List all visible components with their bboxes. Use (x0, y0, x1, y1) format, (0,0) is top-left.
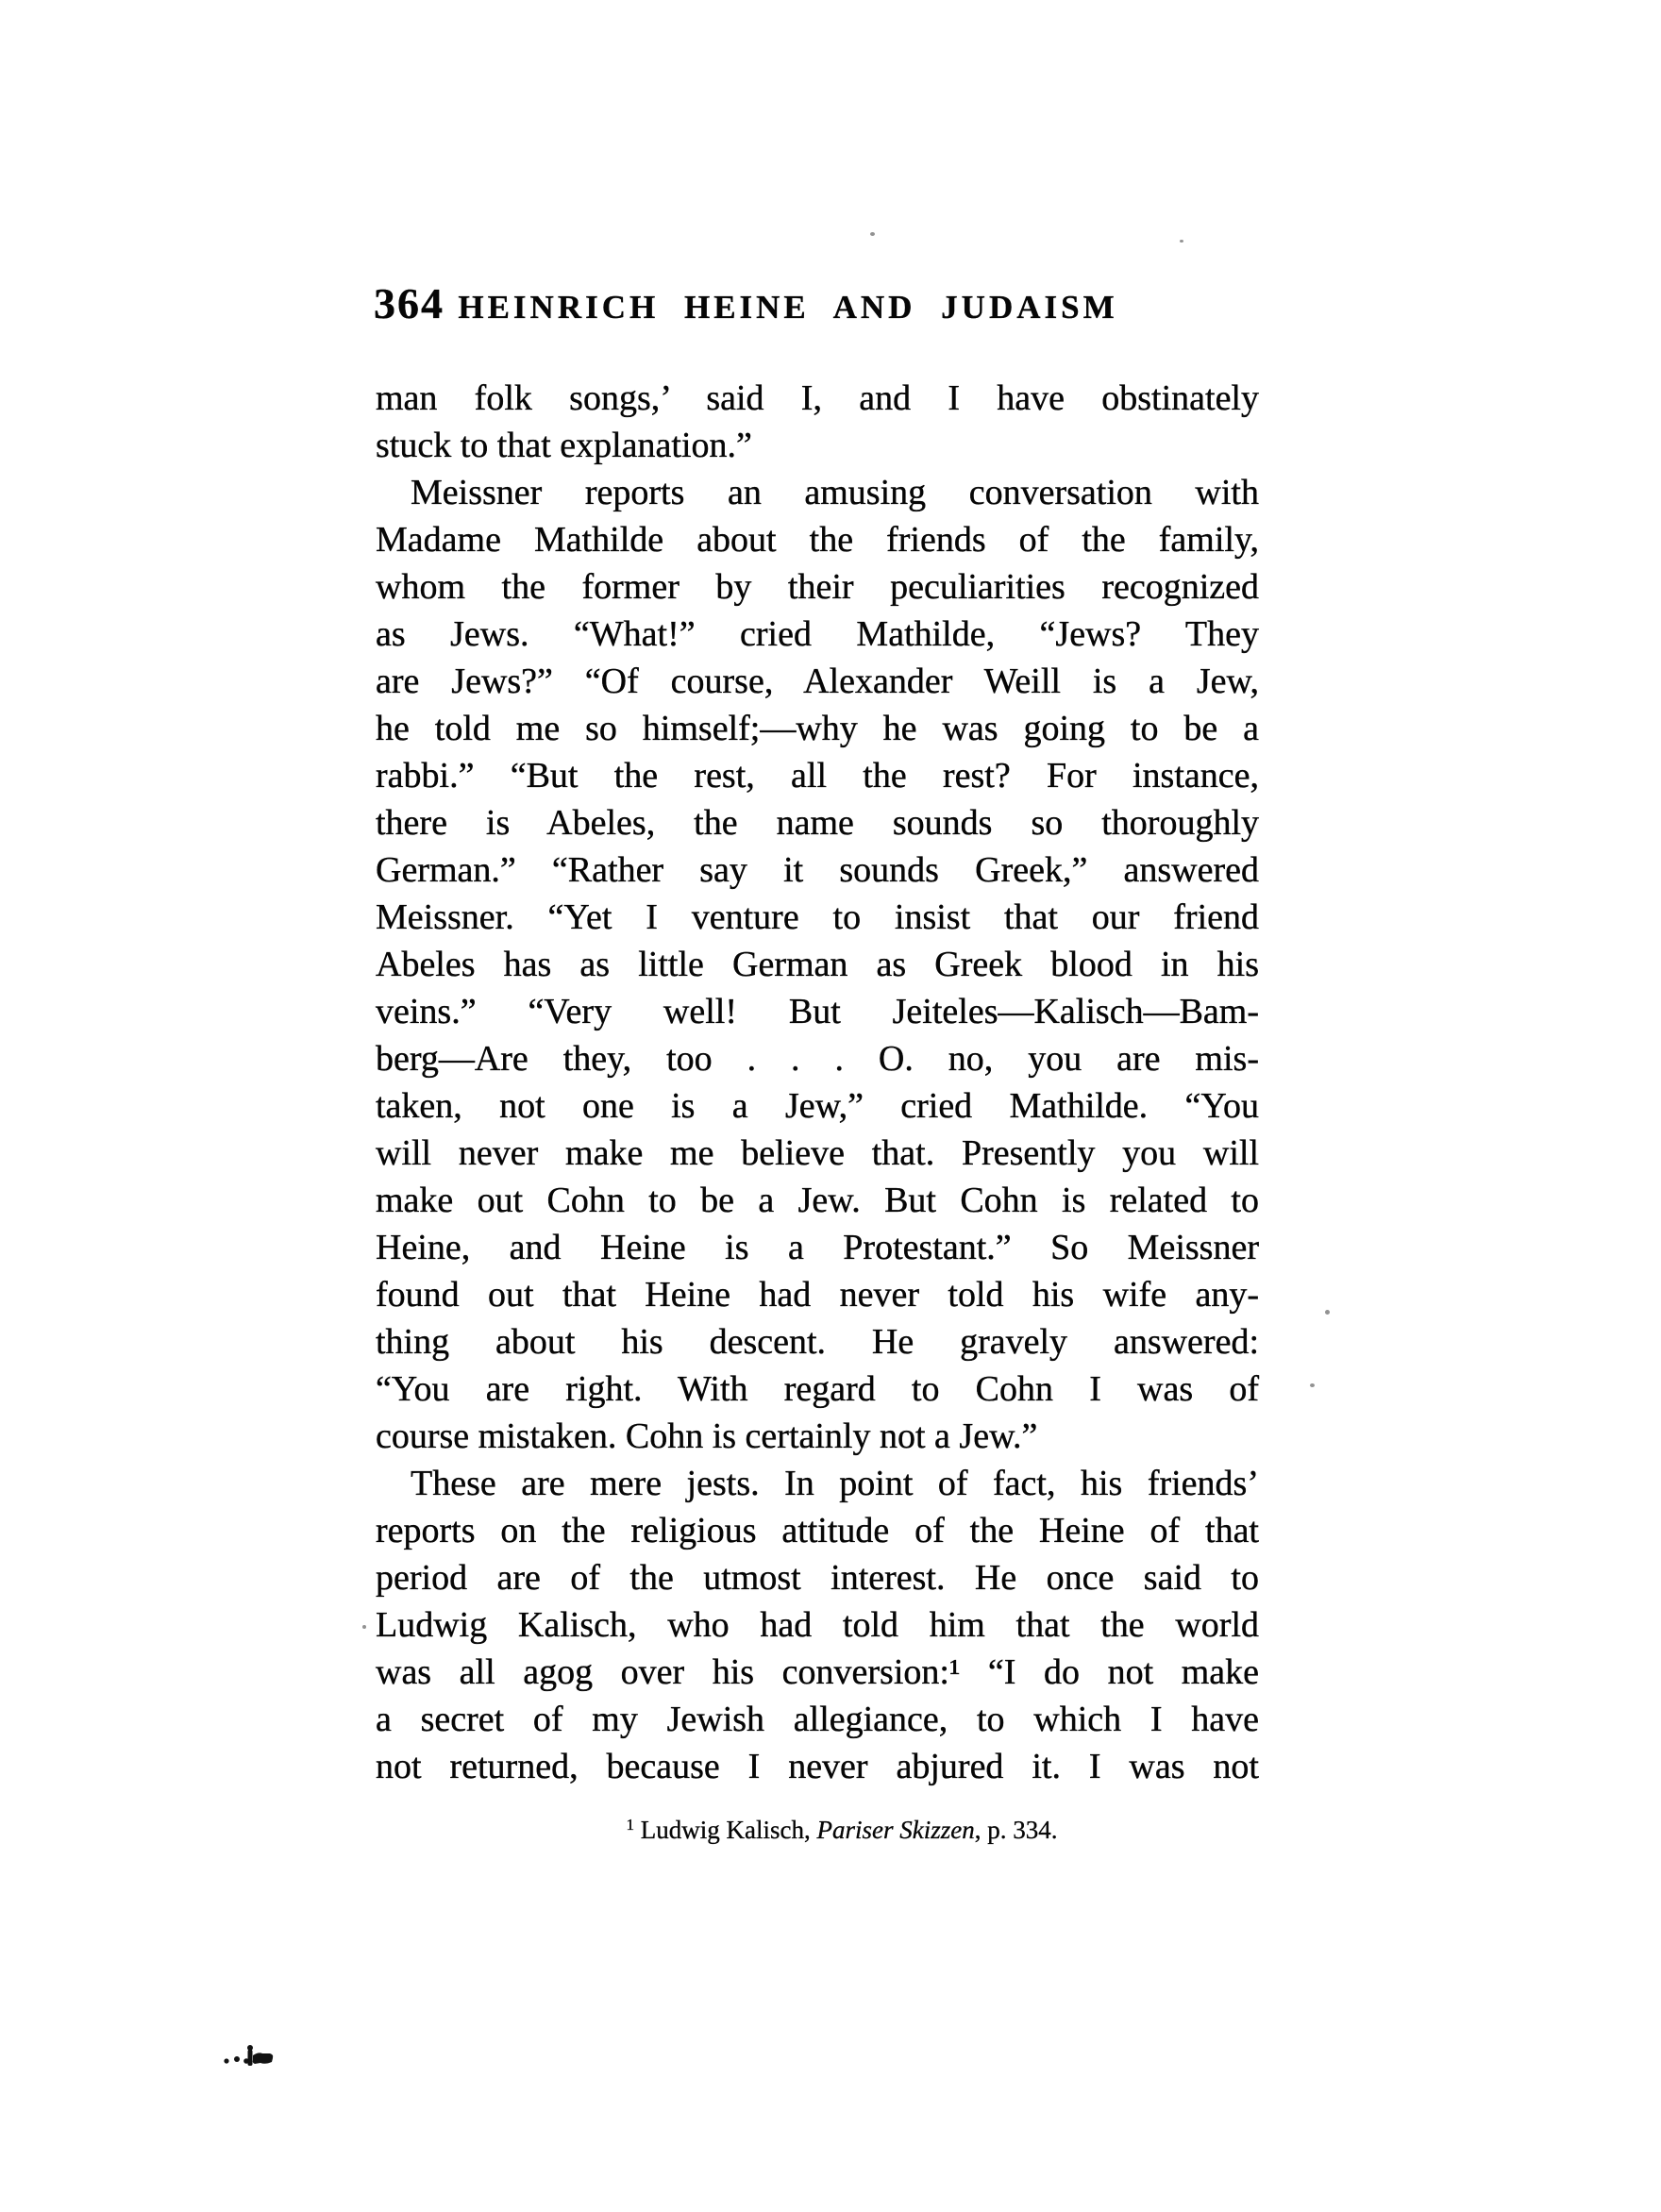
text-line: will never make me believe that. Present… (376, 1130, 1259, 1177)
scan-speck (870, 232, 875, 236)
footnote-after-italic: , p. 334. (975, 1816, 1058, 1844)
text-line: Madame Mathilde about the friends of the… (376, 516, 1259, 563)
running-title: HEINRICH HEINE AND JUDAISM (458, 289, 1117, 326)
text-line: make out Cohn to be a Jew. But Cohn is r… (376, 1177, 1259, 1224)
text-line: he told me so himself;—why he was going … (376, 705, 1259, 752)
text-line: “You are right. With regard to Cohn I wa… (376, 1366, 1259, 1413)
text-line: period are of the utmost interest. He on… (376, 1554, 1259, 1601)
scan-speck (1180, 240, 1183, 243)
running-header: HEINRICH HEINE AND JUDAISM (359, 291, 1217, 324)
text-line: Meissner. “Yet I venture to insist that … (376, 894, 1259, 941)
text-line: reports on the religious attitude of the… (376, 1507, 1259, 1554)
text-line: Heine, and Heine is a Protestant.” So Me… (376, 1224, 1259, 1271)
text-line: thing about his descent. He gravely answ… (376, 1318, 1259, 1366)
text-line: stuck to that explanation.” (376, 422, 1259, 469)
scan-speck (362, 1625, 366, 1629)
text-line: Ludwig Kalisch, who had told him that th… (376, 1601, 1259, 1649)
footnote-italic-title: Pariser Skizzen (817, 1816, 975, 1844)
text-line: These are mere jests. In point of fact, … (376, 1460, 1259, 1507)
text-line: found out that Heine had never told his … (376, 1271, 1259, 1318)
text-line: rabbi.” “But the rest, all the rest? For… (376, 752, 1259, 799)
body-text: man folk songs,’ said I, and I have obst… (376, 375, 1259, 1790)
book-page: 364 HEINRICH HEINE AND JUDAISM man folk … (0, 0, 1661, 2212)
text-line: a secret of my Jewish allegiance, to whi… (376, 1696, 1259, 1743)
ink-smudge-artifact (217, 2036, 279, 2069)
footnote: 1 Ludwig Kalisch, Pariser Skizzen, p. 33… (376, 1812, 1259, 1852)
footnote-before-italic: Ludwig Kalisch, (634, 1816, 816, 1844)
text-line: as Jews. “What!” cried Mathilde, “Jews? … (376, 611, 1259, 658)
scan-speck (1325, 1310, 1330, 1315)
text-line: taken, not one is a Jew,” cried Mathilde… (376, 1082, 1259, 1130)
footnote-marker: 1 (627, 1816, 635, 1834)
text-line: Abeles has as little German as Greek blo… (376, 941, 1259, 988)
text-line: whom the former by their peculiarities r… (376, 563, 1259, 611)
text-line: was all agog over his conversion:¹ “I do… (376, 1649, 1259, 1696)
text-line: man folk songs,’ said I, and I have obst… (376, 375, 1259, 422)
text-line: berg—Are they, too . . . O. no, you are … (376, 1035, 1259, 1082)
text-line: there is Abeles, the name sounds so thor… (376, 799, 1259, 846)
text-line: veins.” “Very well! But Jeiteles—Kalisch… (376, 988, 1259, 1035)
text-line: Meissner reports an amusing conversation… (376, 469, 1259, 516)
footnote-text: 1 Ludwig Kalisch, Pariser Skizzen, p. 33… (627, 1812, 1058, 1852)
text-line: German.” “Rather say it sounds Greek,” a… (376, 846, 1259, 894)
text-line: not returned, because I never abjured it… (376, 1743, 1259, 1790)
text-line: course mistaken. Cohn is certainly not a… (376, 1413, 1259, 1460)
scan-speck (1310, 1383, 1315, 1387)
text-line: are Jews?” “Of course, Alexander Weill i… (376, 658, 1259, 705)
